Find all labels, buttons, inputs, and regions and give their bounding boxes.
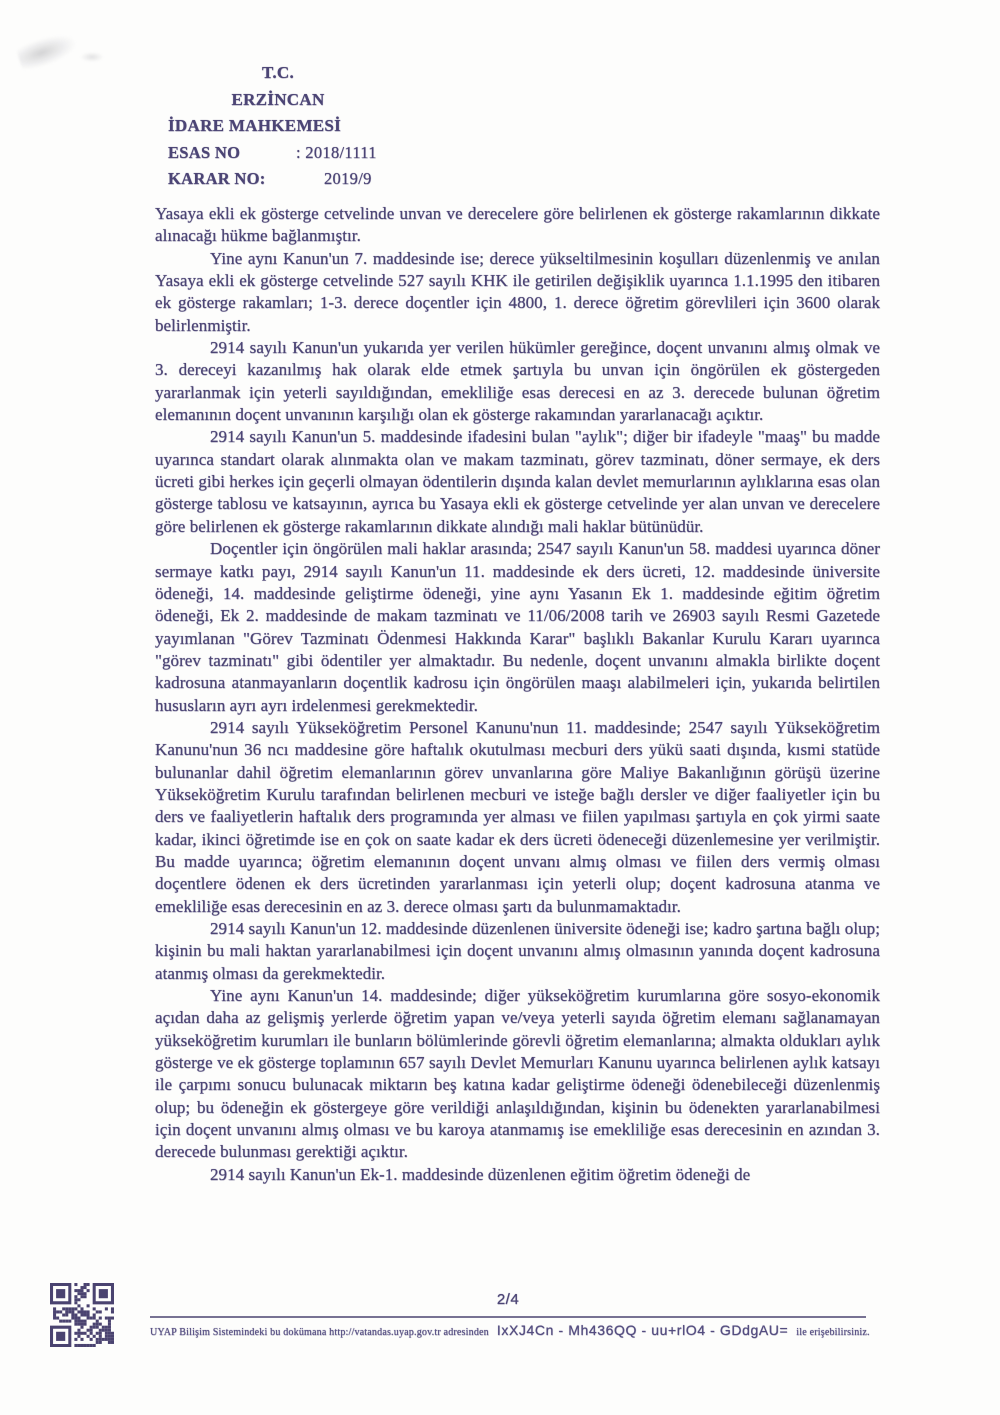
esas-no-row: ESAS NO : 2018/1111 [168,140,388,167]
header-country: T.C. [168,60,388,87]
body-paragraph: 2914 sayılı Yükseköğretim Personel Kanun… [155,717,880,918]
body-paragraph: 2914 sayılı Kanun'un Ek-1. maddesinde dü… [155,1164,880,1186]
body-paragraph: 2914 sayılı Kanun'un 5. maddesinde ifade… [155,426,880,538]
body-paragraph: Yine aynı Kanun'un 7. maddesinde ise; de… [155,248,880,337]
uyap-access-text: UYAP Bilişim Sistemindeki bu dokümana ht… [150,1327,489,1338]
court-decision-page: T.C. ERZİNCAN İDARE MAHKEMESİ ESAS NO : … [0,0,1000,1415]
esas-no-value: : 2018/1111 [296,140,377,167]
body-paragraph: Yine aynı Kanun'un 14. maddesinde; diğer… [155,985,880,1164]
uyap-access-line: UYAP Bilişim Sistemindeki bu dokümana ht… [150,1322,950,1340]
page-number: 2/4 [150,1291,866,1308]
qr-code-image [50,1283,114,1347]
karar-no-value: 2019/9 [324,166,372,193]
body-paragraph: 2914 sayılı Kanun'un 12. maddesinde düze… [155,918,880,985]
uyap-access-code: IxXJ4Cn - Mh436QQ - uu+rlO4 - GDdgAU= [497,1322,788,1338]
scan-smudge [80,52,104,62]
esas-no-label: ESAS NO [168,140,296,167]
karar-no-label: KARAR NO: [168,166,296,193]
header-court-name: İDARE MAHKEMESİ [168,113,388,140]
footer-divider [150,1316,866,1318]
body-paragraph: 2914 sayılı Kanun'un yukarıda yer verile… [155,337,880,426]
uyap-access-suffix: ile erişebilirsiniz. [796,1327,869,1338]
body-paragraph: Doçentler için öngörülen mali haklar ara… [155,538,880,717]
qr-code [50,1283,114,1347]
body-paragraph: Yasaya ekli ek gösterge cetvelinde unvan… [155,203,880,248]
karar-no-row: KARAR NO: 2019/9 [168,166,388,193]
scan-smudge [15,30,78,73]
document-header: T.C. ERZİNCAN İDARE MAHKEMESİ ESAS NO : … [168,60,388,193]
decision-body: Yasaya ekli ek gösterge cetvelinde unvan… [155,203,880,1186]
header-city: ERZİNCAN [168,87,388,114]
